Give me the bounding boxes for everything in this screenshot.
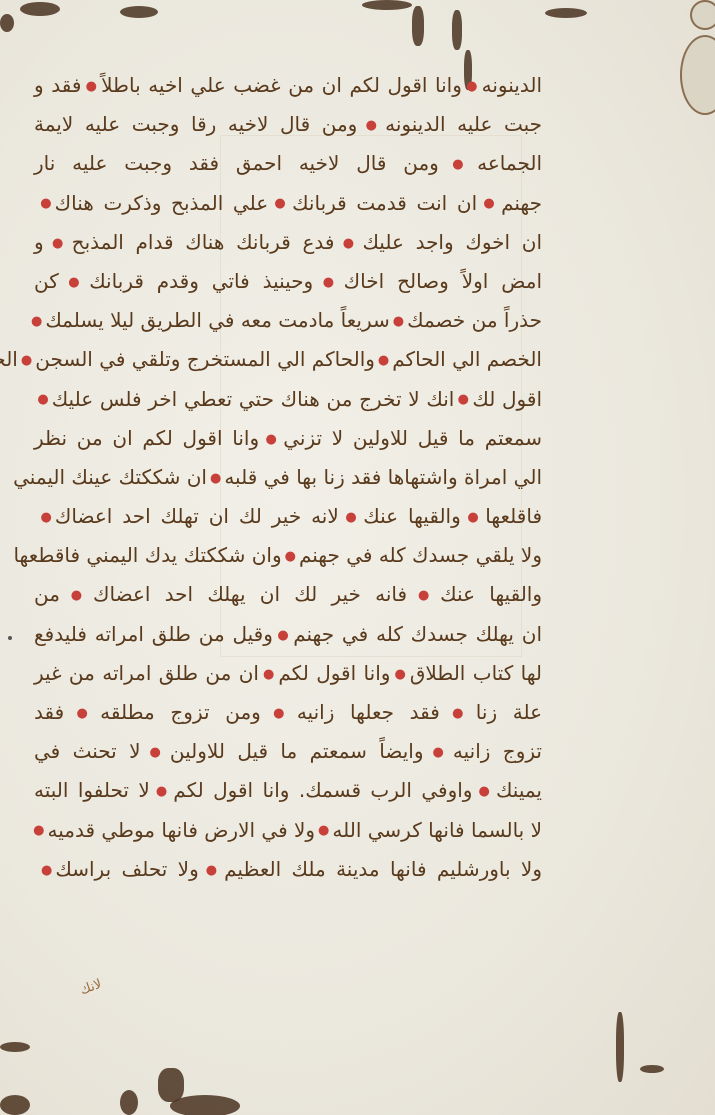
rubric-dot-icon: ● bbox=[443, 706, 473, 721]
damage-spot bbox=[640, 1065, 664, 1073]
text-segment: ولا تحلف براسك bbox=[55, 857, 198, 881]
text-segment: حذراً من خصمك bbox=[407, 308, 542, 332]
text-segment: والحاكم الي المستخرج وتلقي في السجن bbox=[35, 347, 375, 371]
text-segment: وحينيذ فاتي وقدم قربانك bbox=[89, 269, 313, 293]
rubric-dot-icon: ● bbox=[144, 745, 167, 760]
text-segment: جهنم bbox=[501, 191, 542, 215]
text-segment: لا تحنث في bbox=[34, 739, 141, 763]
text-segment: وقيل من طلق امراته فليدفع bbox=[34, 622, 273, 646]
rubric-dot-icon: ● bbox=[62, 275, 86, 290]
rubric-dot-icon: ● bbox=[210, 471, 221, 486]
text-segment: ومن تزوج مطلقه bbox=[100, 700, 261, 724]
manuscript-line: الي امراة واشتهاها فقد زنا بها في قلبه●ا… bbox=[34, 458, 542, 497]
text-segment: ولا في الارض فانها موطي قدميه bbox=[47, 818, 315, 842]
manuscript-line: ولا يلقي جسدك كله في جهنم●وان شككتك يدك … bbox=[34, 536, 542, 575]
manuscript-line: يمينك●واوفي الرب قسمك. وانا اقول لكم●لا … bbox=[34, 771, 542, 810]
ink-dot bbox=[8, 636, 12, 640]
text-segment: الدينونه bbox=[482, 73, 542, 97]
text-segment: فانه خير لك ان يهلك احد اعضاك bbox=[93, 582, 407, 606]
manuscript-line: تزوج زانيه●وايضاً سمعتم ما قيل للاولين●ل… bbox=[34, 732, 542, 771]
text-segment: وانا اقول لكم bbox=[278, 661, 390, 685]
manuscript-line: سمعتم ما قيل للاولين لا تزني●وانا اقول ل… bbox=[34, 419, 542, 458]
text-segment: سمعتم ما قيل للاولين لا تزني bbox=[283, 426, 542, 450]
damage-hole bbox=[690, 0, 715, 30]
text-segment: من bbox=[34, 582, 60, 606]
rubric-dot-icon: ● bbox=[442, 157, 474, 172]
damage-spot bbox=[158, 1068, 184, 1102]
rubric-dot-icon: ● bbox=[393, 314, 404, 329]
rubric-dot-icon: ● bbox=[285, 549, 296, 564]
text-segment: وان شككتك يدك اليمني فاقطعها bbox=[13, 543, 281, 567]
rubric-dot-icon: ● bbox=[337, 236, 359, 251]
text-segment: ولا يلقي جسدك كله في جهنم bbox=[299, 543, 542, 567]
damage-hole bbox=[680, 35, 715, 115]
manuscript-line: جبت عليه الدينونه●ومن قال لاخيه رقا وجبت… bbox=[34, 105, 542, 144]
damage-spot bbox=[0, 1095, 30, 1115]
rubric-dot-icon: ● bbox=[63, 588, 90, 603]
manuscript-line: فاقلعها●والقيها عنك●لانه خير لك ان تهلك … bbox=[34, 497, 542, 536]
manuscript-line: الجماعه●ومن قال لاخيه احمق فقد وجبت عليه… bbox=[34, 144, 542, 183]
manuscript-line: ولا باورشليم فانها مدينة ملك العظيم●ولا … bbox=[34, 850, 542, 889]
text-segment: فقد bbox=[34, 700, 64, 724]
manuscript-line: ان اخوك واجد عليك●فدع قربانك هناك قدام ا… bbox=[34, 223, 542, 262]
manuscript-text: الدينونه●وانا اقول لكم ان من غضب علي اخي… bbox=[34, 66, 542, 889]
rubric-dot-icon: ● bbox=[464, 510, 482, 525]
text-segment: ولا باورشليم فانها مدينة ملك العظيم bbox=[224, 857, 542, 881]
rubric-dot-icon: ● bbox=[410, 588, 437, 603]
manuscript-line: الخصم الي الحاكم●والحاكم الي المستخرج وت… bbox=[34, 340, 542, 379]
manuscript-line: الدينونه●وانا اقول لكم ان من غضب علي اخي… bbox=[34, 66, 542, 105]
rubric-dot-icon: ● bbox=[457, 392, 469, 407]
rubric-dot-icon: ● bbox=[475, 784, 492, 799]
damage-spot bbox=[545, 8, 587, 18]
catchword: لانك bbox=[78, 977, 104, 999]
text-segment: والقيها عنك bbox=[440, 582, 542, 606]
damage-spot bbox=[412, 6, 424, 46]
damage-spot bbox=[616, 1012, 624, 1082]
rubric-dot-icon: ● bbox=[33, 823, 44, 838]
manuscript-line: جهنم●ان انت قدمت قربانك●علي المذبح وذكرت… bbox=[34, 184, 542, 223]
text-segment: فقد جعلها زانيه bbox=[297, 700, 440, 724]
damage-spot bbox=[0, 14, 14, 32]
rubric-dot-icon: ● bbox=[37, 392, 49, 407]
text-segment: الجماعه bbox=[477, 151, 542, 175]
text-segment: واوفي الرب قسمك. وانا اقول لكم bbox=[173, 778, 472, 802]
manuscript-line: اقول لك●انك لا تخرج من هناك حتي تعطي اخر… bbox=[34, 380, 542, 419]
rubric-dot-icon: ● bbox=[318, 823, 329, 838]
rubric-dot-icon: ● bbox=[360, 118, 382, 133]
text-segment: انك لا تخرج من هناك حتي تعطي اخر فلس علي… bbox=[52, 387, 455, 411]
rubric-dot-icon: ● bbox=[262, 432, 280, 447]
text-segment: الحق bbox=[0, 347, 18, 371]
rubric-dot-icon: ● bbox=[37, 510, 52, 525]
text-segment: لها كتاب الطلاق bbox=[410, 661, 542, 685]
text-segment: ان اخوك واجد عليك bbox=[362, 230, 542, 254]
text-segment: ومن قال لاخيه احمق فقد وجبت عليه نار bbox=[34, 151, 439, 175]
rubric-dot-icon: ● bbox=[31, 314, 42, 329]
text-segment: وايضاً سمعتم ما قيل للاولين bbox=[170, 739, 424, 763]
rubric-dot-icon: ● bbox=[393, 667, 406, 682]
manuscript-line: والقيها عنك●فانه خير لك ان يهلك احد اعضا… bbox=[34, 575, 542, 614]
rubric-dot-icon: ● bbox=[37, 863, 52, 878]
text-segment: و bbox=[34, 230, 44, 254]
damage-spot bbox=[20, 2, 60, 16]
text-segment: ان يهلك جسدك كله في جهنم bbox=[293, 622, 542, 646]
text-segment: امض اولاً وصالح اخاك bbox=[344, 269, 542, 293]
damage-spot bbox=[120, 1090, 138, 1115]
text-segment: سريعاً مادمت معه في الطريق ليلا يسلمك bbox=[45, 308, 389, 332]
text-segment: علي المذبح وذكرت هناك bbox=[55, 191, 268, 215]
manuscript-line: لها كتاب الطلاق●وانا اقول لكم●ان من طلق … bbox=[34, 654, 542, 693]
rubric-dot-icon: ● bbox=[47, 236, 69, 251]
rubric-dot-icon: ● bbox=[262, 667, 275, 682]
damage-spot bbox=[120, 6, 158, 18]
rubric-dot-icon: ● bbox=[342, 510, 360, 525]
manuscript-line: ان يهلك جسدك كله في جهنم●وقيل من طلق امر… bbox=[34, 615, 542, 654]
text-segment: لا تحلفوا البته bbox=[34, 778, 150, 802]
manuscript-line: لا بالسما فانها كرسي الله●ولا في الارض ف… bbox=[34, 811, 542, 850]
rubric-dot-icon: ● bbox=[264, 706, 294, 721]
text-segment: الخصم الي الحاكم bbox=[392, 347, 542, 371]
manuscript-page: الدينونه●وانا اقول لكم ان من غضب علي اخي… bbox=[0, 0, 715, 1115]
text-segment: علة زنا bbox=[476, 700, 542, 724]
rubric-dot-icon: ● bbox=[465, 79, 479, 94]
rubric-dot-icon: ● bbox=[276, 628, 290, 643]
damage-spot bbox=[452, 10, 462, 50]
text-segment: فقد و bbox=[34, 73, 81, 97]
text-segment: يمينك bbox=[496, 778, 542, 802]
damage-spot bbox=[362, 0, 412, 10]
text-segment: والقيها عنك bbox=[363, 504, 461, 528]
manuscript-line: علة زنا●فقد جعلها زانيه●ومن تزوج مطلقه●ف… bbox=[34, 693, 542, 732]
text-segment: وانا اقول لكم ان من نظر bbox=[34, 426, 259, 450]
text-segment: تزوج زانيه bbox=[453, 739, 542, 763]
text-segment: ان انت قدمت قربانك bbox=[292, 191, 477, 215]
rubric-dot-icon: ● bbox=[480, 196, 498, 211]
text-segment: اقول لك bbox=[472, 387, 542, 411]
text-segment: ومن قال لاخيه رقا وجبت عليه لايمة bbox=[34, 112, 357, 136]
rubric-dot-icon: ● bbox=[37, 196, 52, 211]
rubric-dot-icon: ● bbox=[316, 275, 340, 290]
text-segment: وانا اقول لكم ان من غضب علي اخيه باطلاً bbox=[101, 73, 462, 97]
damage-spot bbox=[170, 1095, 240, 1115]
text-segment: جبت عليه الدينونه bbox=[385, 112, 542, 136]
rubric-dot-icon: ● bbox=[271, 196, 289, 211]
text-segment: لانه خير لك ان تهلك احد اعضاك bbox=[55, 504, 339, 528]
rubric-dot-icon: ● bbox=[427, 745, 450, 760]
rubric-dot-icon: ● bbox=[202, 863, 221, 878]
text-segment: لا بالسما فانها كرسي الله bbox=[332, 818, 542, 842]
rubric-dot-icon: ● bbox=[84, 79, 98, 94]
damage-spot bbox=[0, 1042, 30, 1052]
text-segment: الي امراة واشتهاها فقد زنا بها في قلبه bbox=[224, 465, 542, 489]
rubric-dot-icon: ● bbox=[67, 706, 97, 721]
rubric-dot-icon: ● bbox=[153, 784, 170, 799]
manuscript-line: امض اولاً وصالح اخاك●وحينيذ فاتي وقدم قر… bbox=[34, 262, 542, 301]
text-segment: فاقلعها bbox=[485, 504, 542, 528]
manuscript-line: حذراً من خصمك●سريعاً مادمت معه في الطريق… bbox=[34, 301, 542, 340]
rubric-dot-icon: ● bbox=[21, 353, 32, 368]
text-segment: فدع قربانك هناك قدام المذبح bbox=[72, 230, 335, 254]
rubric-dot-icon: ● bbox=[378, 353, 389, 368]
text-segment: ان من طلق امراته من غير bbox=[34, 661, 259, 685]
text-segment: ان شككتك عينك اليمني bbox=[13, 465, 207, 489]
text-segment: كن bbox=[34, 269, 59, 293]
